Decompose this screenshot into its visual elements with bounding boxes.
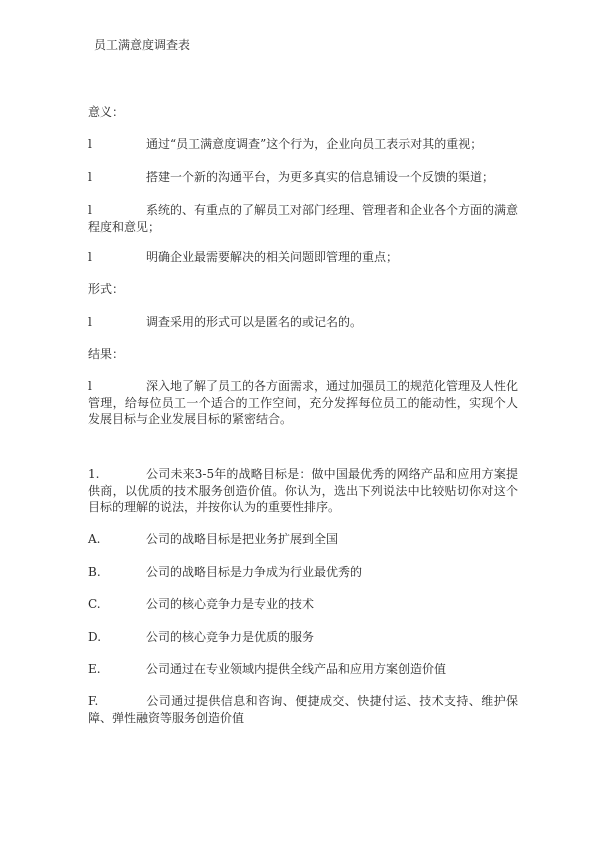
list-item: l搭建一个新的沟通平台，为更多真实的信息铺设一个反馈的渠道；	[88, 169, 518, 186]
question-text: 公司未来3-5年的战略目标是：做中国最优秀的网络产品和应用方案提供商，以优质的技…	[88, 467, 518, 514]
option-marker: E.	[88, 661, 146, 678]
list-item: l深入地了解了员工的各方面需求，通过加强员工的规范化管理及人性化管理，给每位员工…	[88, 378, 518, 428]
option-marker: D.	[88, 629, 146, 646]
section-heading-significance: 意义：	[88, 104, 518, 121]
option-text: 公司的战略目标是力争成为行业最优秀的	[146, 565, 362, 579]
bullet-marker: l	[88, 314, 146, 331]
option-text: 公司的战略目标是把业务扩展到全国	[146, 532, 338, 546]
option-marker: A.	[88, 531, 146, 548]
list-item-text: 明确企业最需要解决的相关问题即管理的重点；	[146, 250, 398, 264]
option-text: 公司的核心竞争力是专业的技术	[146, 597, 314, 611]
option-text: 公司通过在专业领域内提供全线产品和应用方案创造价值	[146, 662, 446, 676]
section-heading-form: 形式：	[88, 281, 518, 298]
question-number: 1.	[88, 466, 146, 483]
option-e: E.公司通过在专业领域内提供全线产品和应用方案创造价值	[88, 661, 518, 678]
list-item-text: 深入地了解了员工的各方面需求，通过加强员工的规范化管理及人性化管理，给每位员工一…	[88, 379, 518, 426]
bullet-marker: l	[88, 249, 146, 266]
document-page: 员工满意度调查表 意义： l通过“员工满意度调查”这个行为，企业向员工表示对其的…	[0, 0, 600, 850]
option-marker: B.	[88, 564, 146, 581]
option-d: D.公司的核心竞争力是优质的服务	[88, 629, 518, 646]
option-b: B.公司的战略目标是力争成为行业最优秀的	[88, 564, 518, 581]
option-text: 公司通过提供信息和咨询、便捷成交、快捷付运、技术支持、维护保障、弹性融资等服务创…	[88, 694, 518, 725]
option-marker: C.	[88, 596, 146, 613]
document-title: 员工满意度调查表	[94, 37, 524, 54]
list-item: l调查采用的形式可以是匿名的或记名的。	[88, 314, 518, 331]
section-heading-result: 结果：	[88, 346, 518, 363]
bullet-marker: l	[88, 136, 146, 153]
list-item-text: 调查采用的形式可以是匿名的或记名的。	[146, 315, 362, 329]
list-item-text: 通过“员工满意度调查”这个行为，企业向员工表示对其的重视；	[146, 137, 482, 151]
list-item-text: 搭建一个新的沟通平台，为更多真实的信息铺设一个反馈的渠道；	[146, 170, 494, 184]
option-f: F.公司通过提供信息和咨询、便捷成交、快捷付运、技术支持、维护保障、弹性融资等服…	[88, 693, 518, 726]
bullet-marker: l	[88, 378, 146, 395]
list-item: l通过“员工满意度调查”这个行为，企业向员工表示对其的重视；	[88, 136, 518, 153]
bullet-marker: l	[88, 169, 146, 186]
list-item: l明确企业最需要解决的相关问题即管理的重点；	[88, 249, 518, 266]
list-item: l系统的、有重点的了解员工对部门经理、管理者和企业各个方面的满意程度和意见；	[88, 202, 518, 235]
bullet-marker: l	[88, 202, 146, 219]
option-c: C.公司的核心竞争力是专业的技术	[88, 596, 518, 613]
question-1: 1.公司未来3-5年的战略目标是：做中国最优秀的网络产品和应用方案提供商，以优质…	[88, 466, 518, 516]
list-item-text: 系统的、有重点的了解员工对部门经理、管理者和企业各个方面的满意程度和意见；	[88, 203, 518, 234]
option-text: 公司的核心竞争力是优质的服务	[146, 630, 314, 644]
option-a: A.公司的战略目标是把业务扩展到全国	[88, 531, 518, 548]
option-marker: F.	[88, 693, 146, 710]
